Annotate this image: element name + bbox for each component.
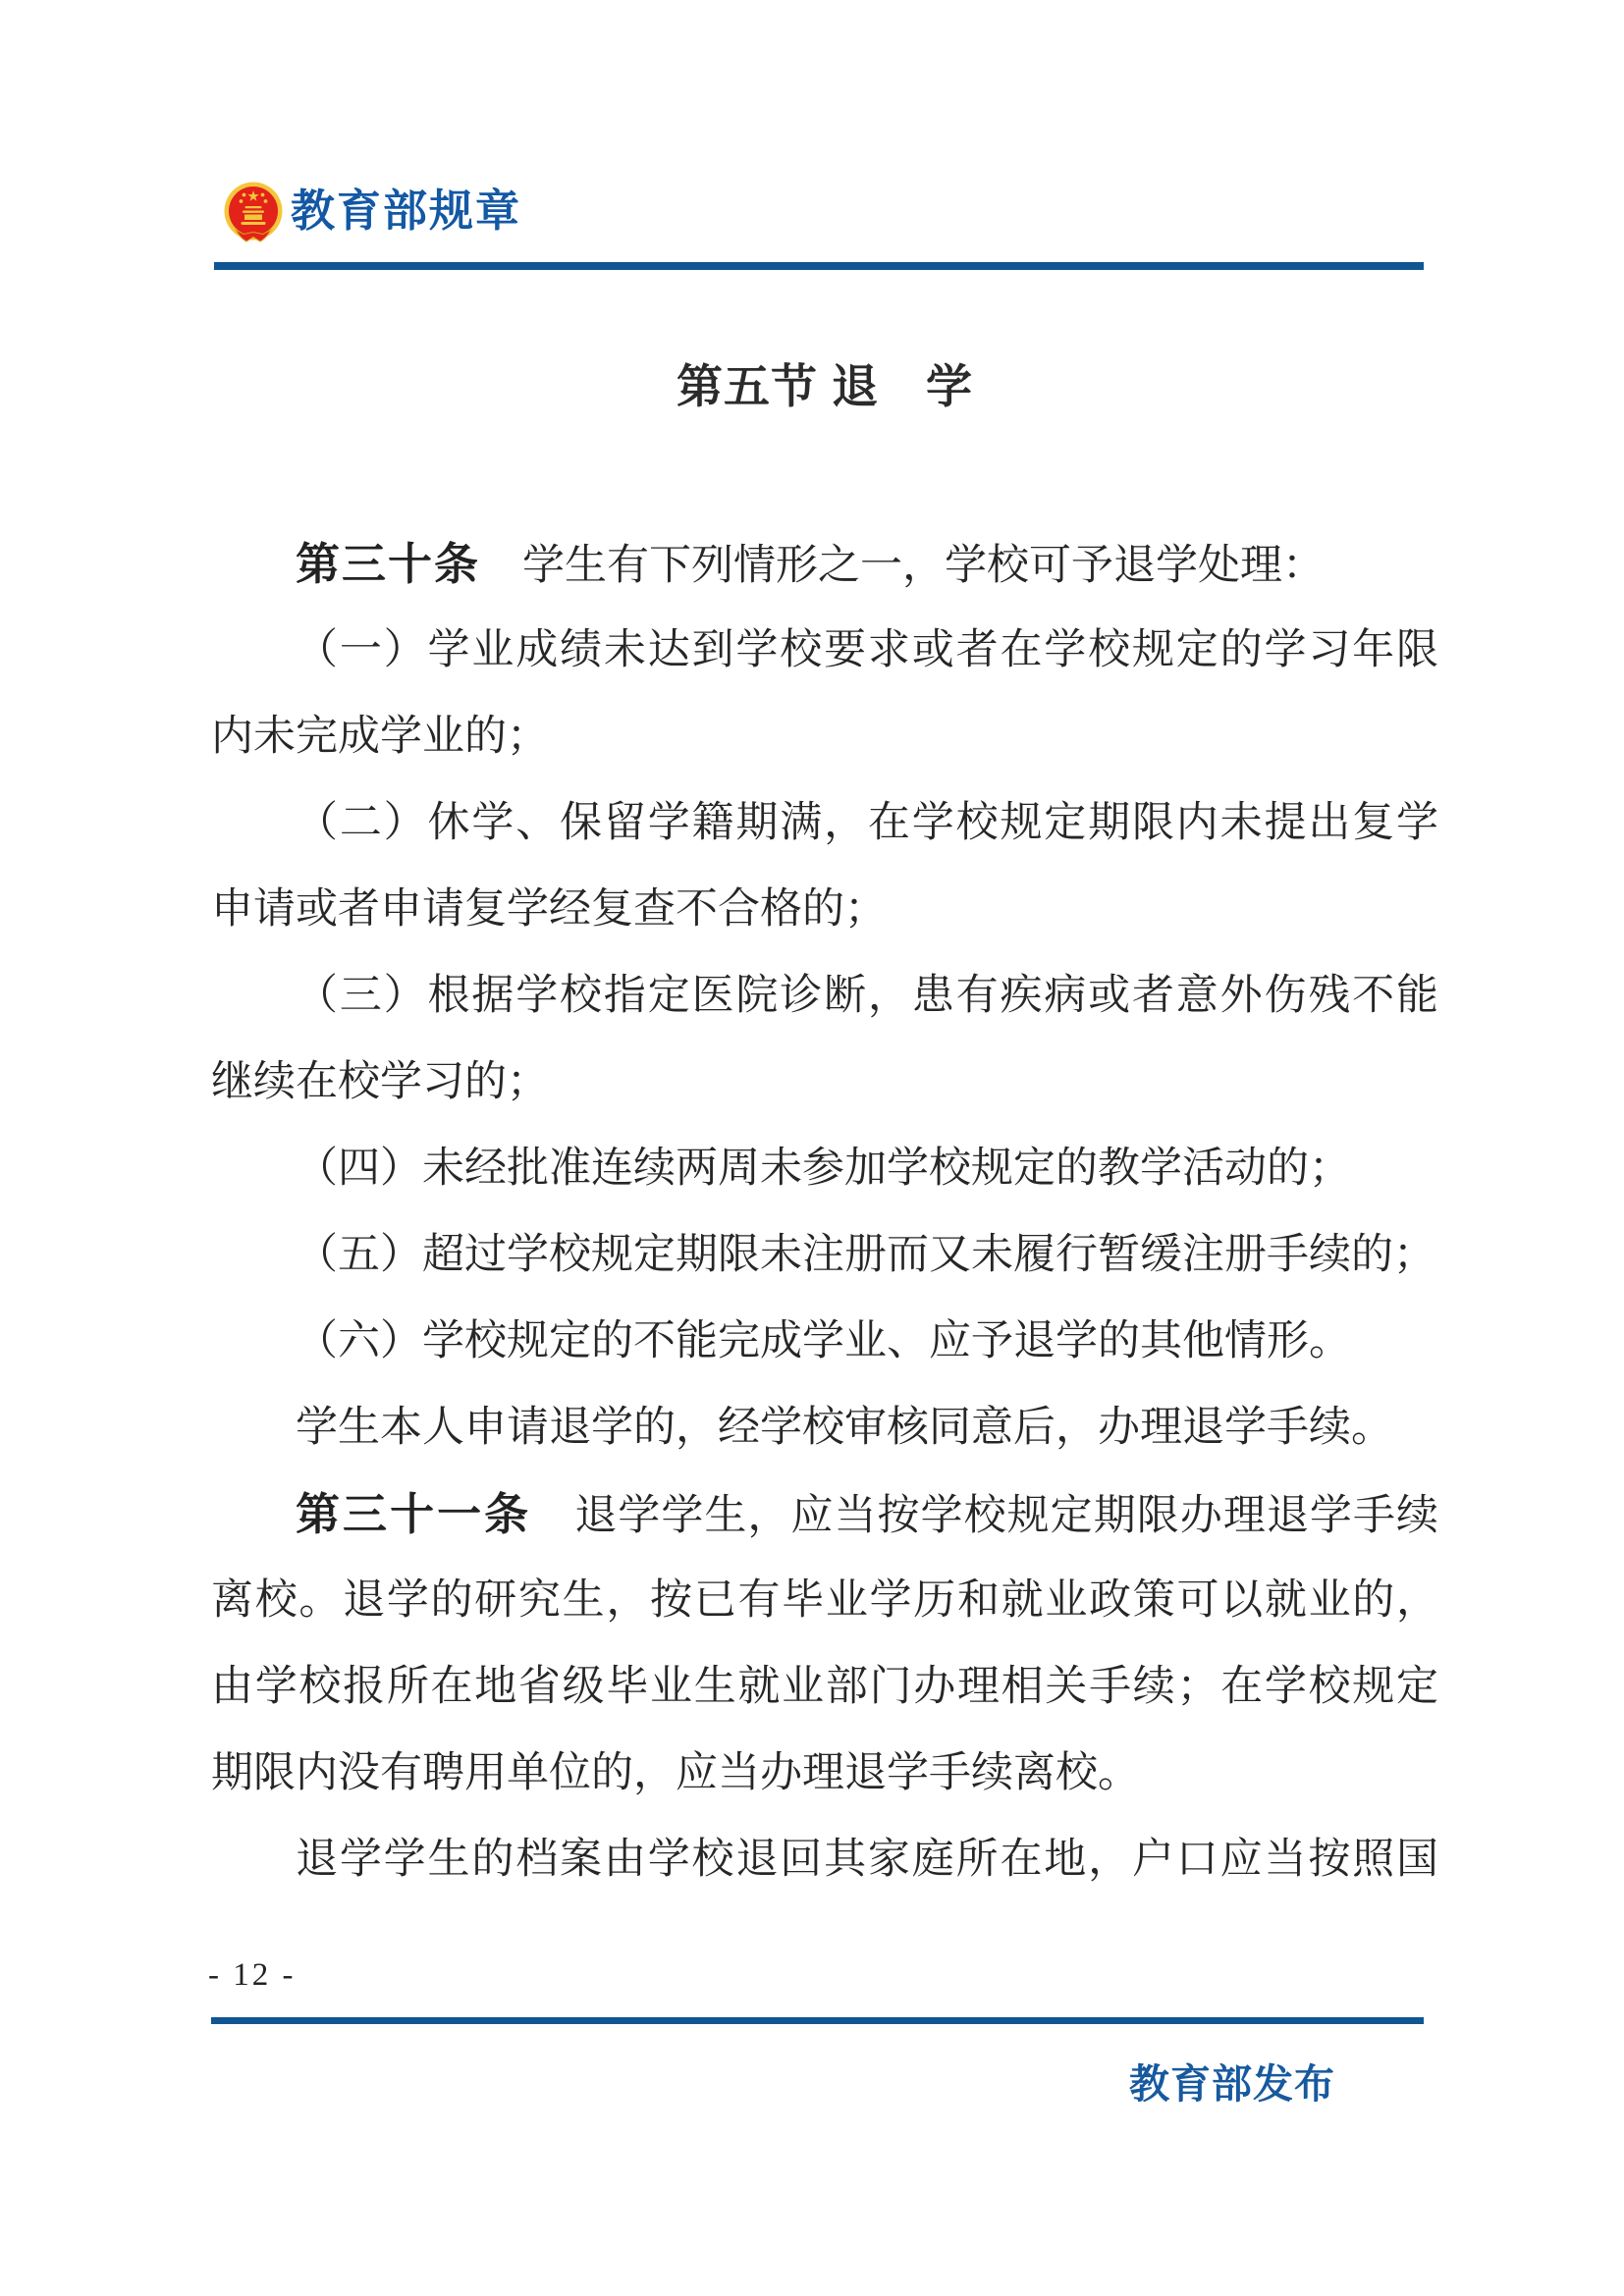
text-line: （三）根据学校指定医院诊断，患有疾病或者意外伤残不能 — [211, 953, 1438, 1040]
text-line: （四）未经批准连续两周未参加学校规定的教学活动的； — [211, 1126, 1438, 1212]
line-text: （六）学校规定的不能完成学业、应予退学的其他情形。 — [296, 1318, 1351, 1364]
header-rule — [214, 262, 1424, 270]
line-text: 学生有下列情形之一，学校可予退学处理： — [480, 543, 1325, 589]
line-text: 由学校报所在地省级毕业生就业部门办理相关手续；在学校规定 — [211, 1664, 1438, 1710]
line-text: 离校。退学的研究生，按已有毕业学历和就业政策可以就业的， — [211, 1577, 1438, 1624]
line-text: （五）超过学校规定期限未注册而又未履行暂缓注册手续的； — [296, 1232, 1435, 1278]
line-text: 申请或者申请复学经复查不合格的； — [211, 886, 887, 933]
line-text: （一）学业成绩未达到学校要求或者在学校规定的学习年限 — [296, 627, 1438, 673]
text-line: 学生本人申请退学的，经学校审核同意后，办理退学手续。 — [211, 1385, 1438, 1471]
line-text: 退学学生，应当按学校规定期限办理退学手续 — [531, 1493, 1438, 1539]
text-line: （六）学校规定的不能完成学业、应予退学的其他情形。 — [211, 1299, 1438, 1385]
text-line: 第三十条 学生有下列情形之一，学校可予退学处理： — [211, 521, 1438, 608]
line-text: 内未完成学业的； — [211, 714, 549, 760]
text-line: （五）超过学校规定期限未注册而又未履行暂缓注册手续的； — [211, 1212, 1438, 1299]
body-lines: 第三十条 学生有下列情形之一，学校可予退学处理：（一）学业成绩未达到学校要求或者… — [211, 521, 1438, 1903]
page-number: - 12 - — [208, 1955, 296, 1995]
text-line: （二）休学、保留学籍期满，在学校规定期限内未提出复学 — [211, 780, 1438, 867]
text-line: 申请或者申请复学经复查不合格的； — [211, 867, 1438, 953]
line-text: 期限内没有聘用单位的，应当办理退学手续离校。 — [211, 1750, 1140, 1796]
text-line: 继续在校学习的； — [211, 1040, 1438, 1126]
text-line: 退学学生的档案由学校退回其家庭所在地，户口应当按照国 — [211, 1817, 1438, 1903]
line-text: 学生本人申请退学的，经学校审核同意后，办理退学手续。 — [296, 1405, 1393, 1451]
article-number: 第三十一条 — [296, 1489, 531, 1539]
document-page: 教育部规章 第五节 退 学 第三十条 学生有下列情形之一，学校可予退学处理：（一… — [0, 0, 1624, 2296]
text-line: 期限内没有聘用单位的，应当办理退学手续离校。 — [211, 1731, 1438, 1817]
line-text: 继续在校学习的； — [211, 1059, 549, 1105]
national-emblem-icon — [222, 181, 285, 245]
line-text: （三）根据学校指定医院诊断，患有疾病或者意外伤残不能 — [296, 973, 1438, 1019]
line-text: （四）未经批准连续两周未参加学校规定的教学活动的； — [296, 1146, 1351, 1192]
line-text: （二）休学、保留学籍期满，在学校规定期限内未提出复学 — [296, 800, 1438, 846]
article-number: 第三十条 — [296, 539, 480, 589]
text-line: 离校。退学的研究生，按已有毕业学历和就业政策可以就业的， — [211, 1558, 1438, 1644]
brand-title: 教育部规章 — [291, 185, 521, 238]
text-line: （一）学业成绩未达到学校要求或者在学校规定的学习年限 — [211, 608, 1438, 694]
text-line: 第三十一条 退学学生，应当按学校规定期限办理退学手续 — [211, 1471, 1438, 1558]
line-text: 退学学生的档案由学校退回其家庭所在地，户口应当按照国 — [296, 1837, 1438, 1883]
footer-rule — [211, 2017, 1424, 2024]
publisher-label: 教育部发布 — [1129, 2059, 1335, 2109]
section-title: 第五节 退 学 — [211, 357, 1438, 416]
text-line: 由学校报所在地省级毕业生就业部门办理相关手续；在学校规定 — [211, 1644, 1438, 1731]
text-line: 内未完成学业的； — [211, 694, 1438, 780]
